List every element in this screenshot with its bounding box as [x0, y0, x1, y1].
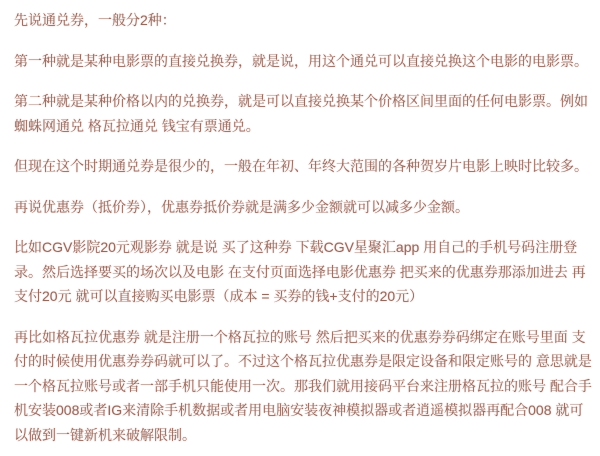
paragraph-intro: 先说通兑券，一般分2种：	[14, 8, 592, 33]
paragraph-cgv-example: 比如CGV影院20元观影券 就是说 买了这种券 下载CGV星聚汇app 用自己的…	[14, 235, 592, 309]
paragraph-type-two: 第二种就是某种价格以内的兑换券，就是可以直接兑换某个价格区间里面的任何电影票。例…	[14, 89, 592, 138]
article-body: 先说通兑券，一般分2种： 第一种就是某种电影票的直接兑换券，就是说，用这个通兑可…	[0, 0, 600, 456]
paragraph-availability: 但现在这个时期通兑券是很少的，一般在年初、年终大范围的各种贺岁片电影上映时比较多…	[14, 154, 592, 179]
paragraph-gewala-example: 再比如格瓦拉优惠券 就是注册一个格瓦拉的账号 然后把买来的优惠券券码绑定在账号里…	[14, 325, 592, 448]
paragraph-type-one: 第一种就是某种电影票的直接兑换券，就是说，用这个通兑可以直接兑换这个电影的电影票…	[14, 49, 592, 74]
paragraph-coupon-intro: 再说优惠券（抵价券），优惠券抵价券就是满多少金额就可以减多少金额。	[14, 195, 592, 220]
